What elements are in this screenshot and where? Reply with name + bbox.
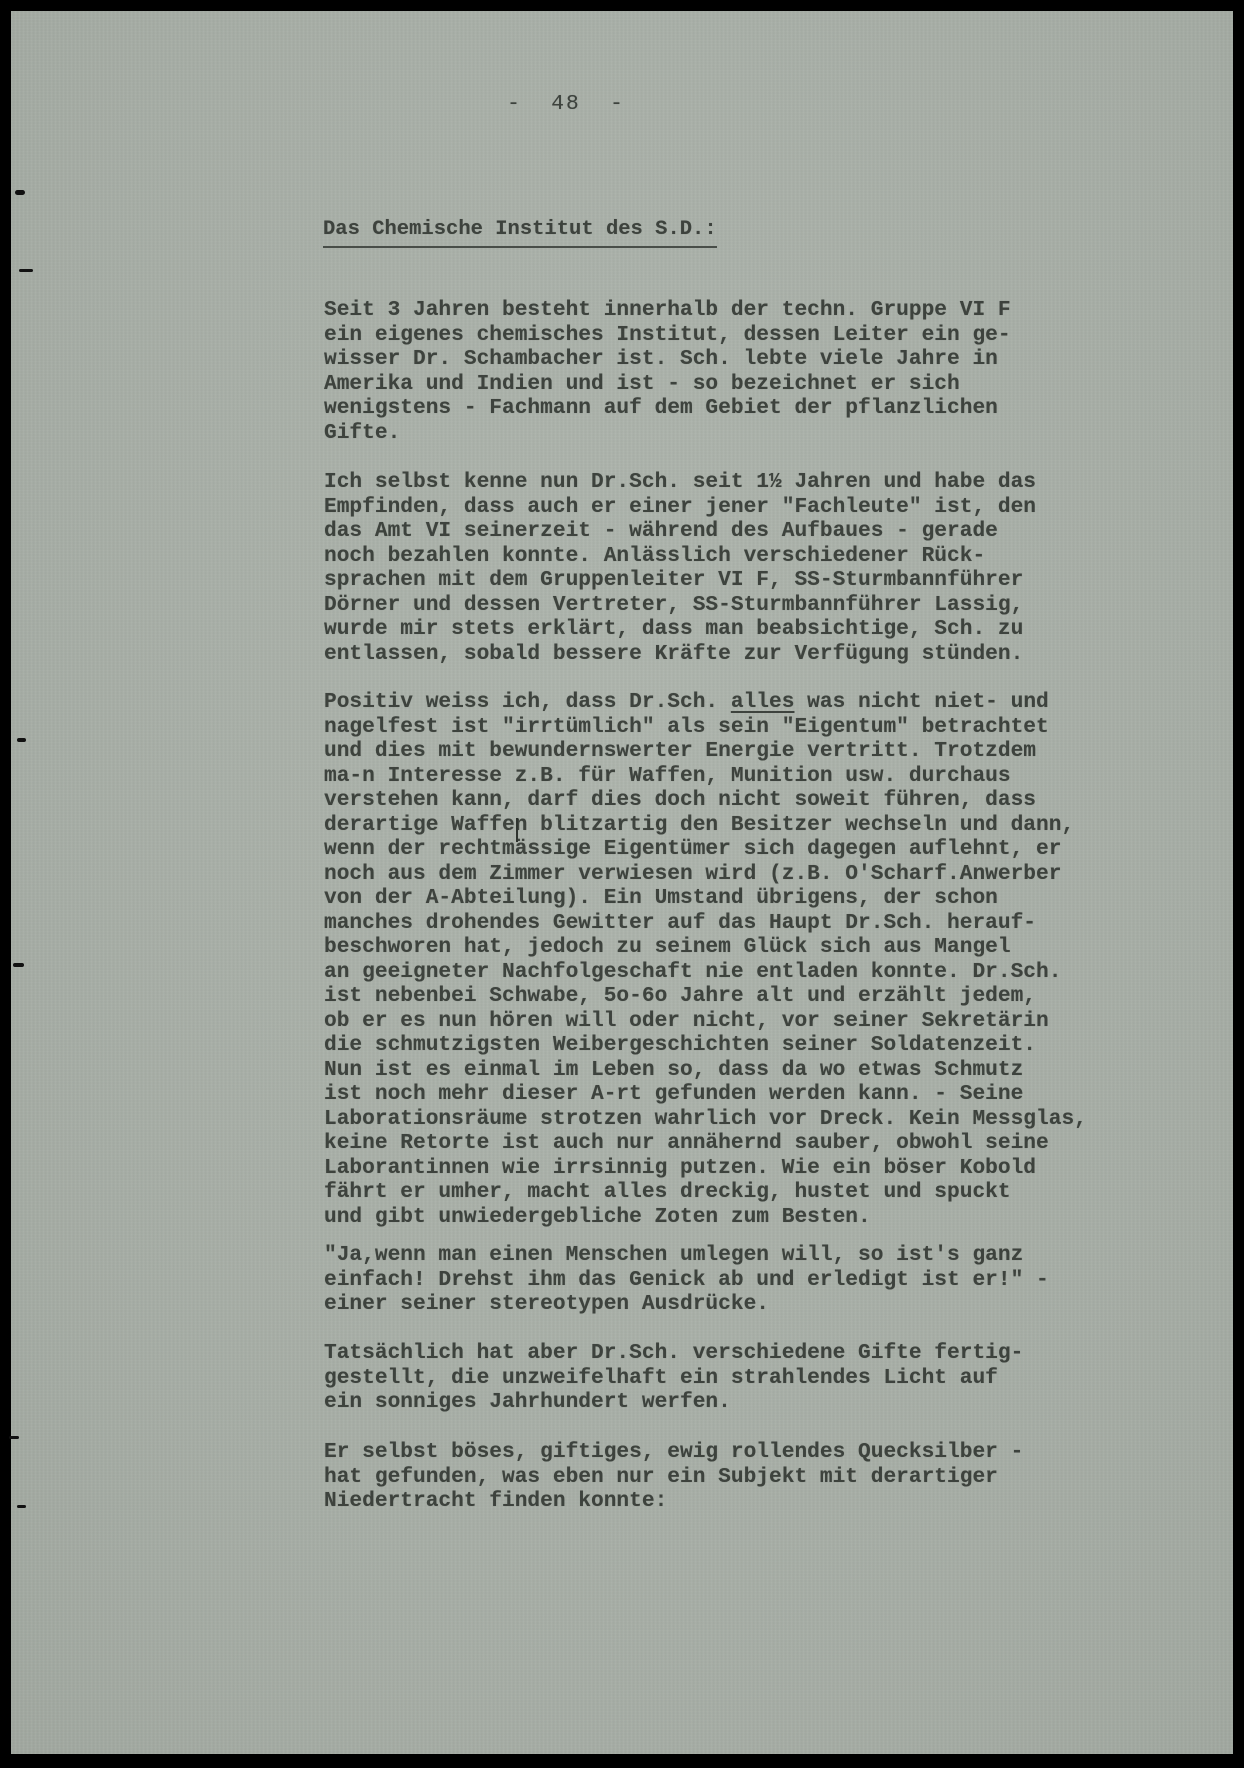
- text-line: entlassen, sobald bessere Kräfte zur Ver…: [324, 642, 1036, 667]
- text-line: fährt er umher, macht alles dreckig, hus…: [324, 1180, 1087, 1205]
- text-line: das Amt VI seinerzeit - während des Aufb…: [324, 519, 1036, 544]
- text-line: und gibt unwiedergebliche Zoten zum Best…: [324, 1205, 1087, 1230]
- binding-mark: [15, 190, 25, 195]
- paragraph: Ich selbst kenne nun Dr.Sch. seit 1½ Jah…: [324, 470, 1036, 666]
- binding-mark: [9, 1436, 19, 1439]
- paragraph: "Ja,wenn man einen Menschen umlegen will…: [324, 1243, 1049, 1317]
- text-line: die schmutzigsten Weibergeschichten sein…: [324, 1033, 1087, 1058]
- page-number: - 48 -: [0, 92, 1188, 117]
- text-line: ist noch mehr dieser A-rt gefunden werde…: [324, 1082, 1087, 1107]
- text-line: keine Retorte ist auch nur annähernd sau…: [324, 1131, 1087, 1156]
- text-line: gestellt, die unzweifelhaft ein strahlen…: [324, 1366, 1023, 1391]
- text-line: manches drohendes Gewitter auf das Haupt…: [324, 911, 1087, 936]
- binding-mark: [19, 269, 33, 272]
- text-line: von der A-Abteilung). Ein Umstand übrige…: [324, 886, 1087, 911]
- text-line: Positiv weiss ich, dass Dr.Sch. alles wa…: [324, 690, 1087, 715]
- text-line: Empfinden, dass auch er einer jener "Fac…: [324, 495, 1036, 520]
- underlined-word: alles: [731, 690, 795, 714]
- correction-mark: [516, 818, 518, 842]
- text-line: wenn der rechtmässige Eigentümer sich da…: [324, 837, 1087, 862]
- binding-mark: [13, 963, 24, 967]
- text-line: Nun ist es einmal im Leben so, dass da w…: [324, 1058, 1087, 1083]
- section-heading: Das Chemische Institut des S.D.:: [323, 218, 717, 248]
- text-line: Seit 3 Jahren besteht innerhalb der tech…: [324, 298, 1011, 323]
- text-line: sprachen mit dem Gruppenleiter VI F, SS-…: [324, 568, 1036, 593]
- text-line: derartige Waffen blitzartig den Besitzer…: [324, 813, 1087, 838]
- text-line: Er selbst böses, giftiges, ewig rollende…: [324, 1440, 1023, 1465]
- text-line: noch bezahlen konnte. Anlässlich verschi…: [324, 544, 1036, 569]
- text-line: Laborationsräume strotzen wahrlich vor D…: [324, 1107, 1087, 1132]
- text-line: nagelfest ist "irrtümlich" als sein "Eig…: [324, 715, 1087, 740]
- text-line: verstehen kann, darf dies doch nicht sow…: [324, 788, 1087, 813]
- text-line: Dörner und dessen Vertreter, SS-Sturmban…: [324, 593, 1036, 618]
- text-line: Laborantinnen wie irrsinnig putzen. Wie …: [324, 1156, 1087, 1181]
- text-line: Gifte.: [324, 421, 1011, 446]
- text-line: ist nebenbei Schwabe, 5o-6o Jahre alt un…: [324, 984, 1087, 1009]
- text-line: wisser Dr. Schambacher ist. Sch. lebte v…: [324, 347, 1011, 372]
- text-line: ein eigenes chemisches Institut, dessen …: [324, 323, 1011, 348]
- text-line: Amerika und Indien und ist - so bezeichn…: [324, 372, 1011, 397]
- paragraph: Seit 3 Jahren besteht innerhalb der tech…: [324, 298, 1011, 445]
- text-line: einer seiner stereotypen Ausdrücke.: [324, 1292, 1049, 1317]
- text-line: beschworen hat, jedoch zu seinem Glück s…: [324, 935, 1087, 960]
- text-line: wenigstens - Fachmann auf dem Gebiet der…: [324, 396, 1011, 421]
- text-line: ein sonniges Jahrhundert werfen.: [324, 1390, 1023, 1415]
- text-line: und dies mit bewundernswerter Energie ve…: [324, 739, 1087, 764]
- paragraph: Tatsächlich hat aber Dr.Sch. verschieden…: [324, 1341, 1023, 1415]
- text-line: noch aus dem Zimmer verwiesen wird (z.B.…: [324, 862, 1087, 887]
- binding-mark: [17, 738, 26, 742]
- text-line: hat gefunden, was eben nur ein Subjekt m…: [324, 1465, 1023, 1490]
- text-line: an geeigneter Nachfolgeschaft nie entlad…: [324, 960, 1087, 985]
- text-line: Tatsächlich hat aber Dr.Sch. verschieden…: [324, 1341, 1023, 1366]
- text-line: ma-n Interesse z.B. für Waffen, Munition…: [324, 764, 1087, 789]
- text-line: Niedertracht finden konnte:: [324, 1489, 1023, 1514]
- text-line: einfach! Drehst ihm das Genick ab und er…: [324, 1268, 1049, 1293]
- text-line: ob er es nun hören will oder nicht, vor …: [324, 1009, 1087, 1034]
- text-line: "Ja,wenn man einen Menschen umlegen will…: [324, 1243, 1049, 1268]
- paragraph: Er selbst böses, giftiges, ewig rollende…: [324, 1440, 1023, 1514]
- binding-mark: [17, 1505, 26, 1508]
- paragraph: Positiv weiss ich, dass Dr.Sch. alles wa…: [324, 690, 1087, 1229]
- text-line: wurde mir stets erklärt, dass man beabsi…: [324, 617, 1036, 642]
- text-line: Ich selbst kenne nun Dr.Sch. seit 1½ Jah…: [324, 470, 1036, 495]
